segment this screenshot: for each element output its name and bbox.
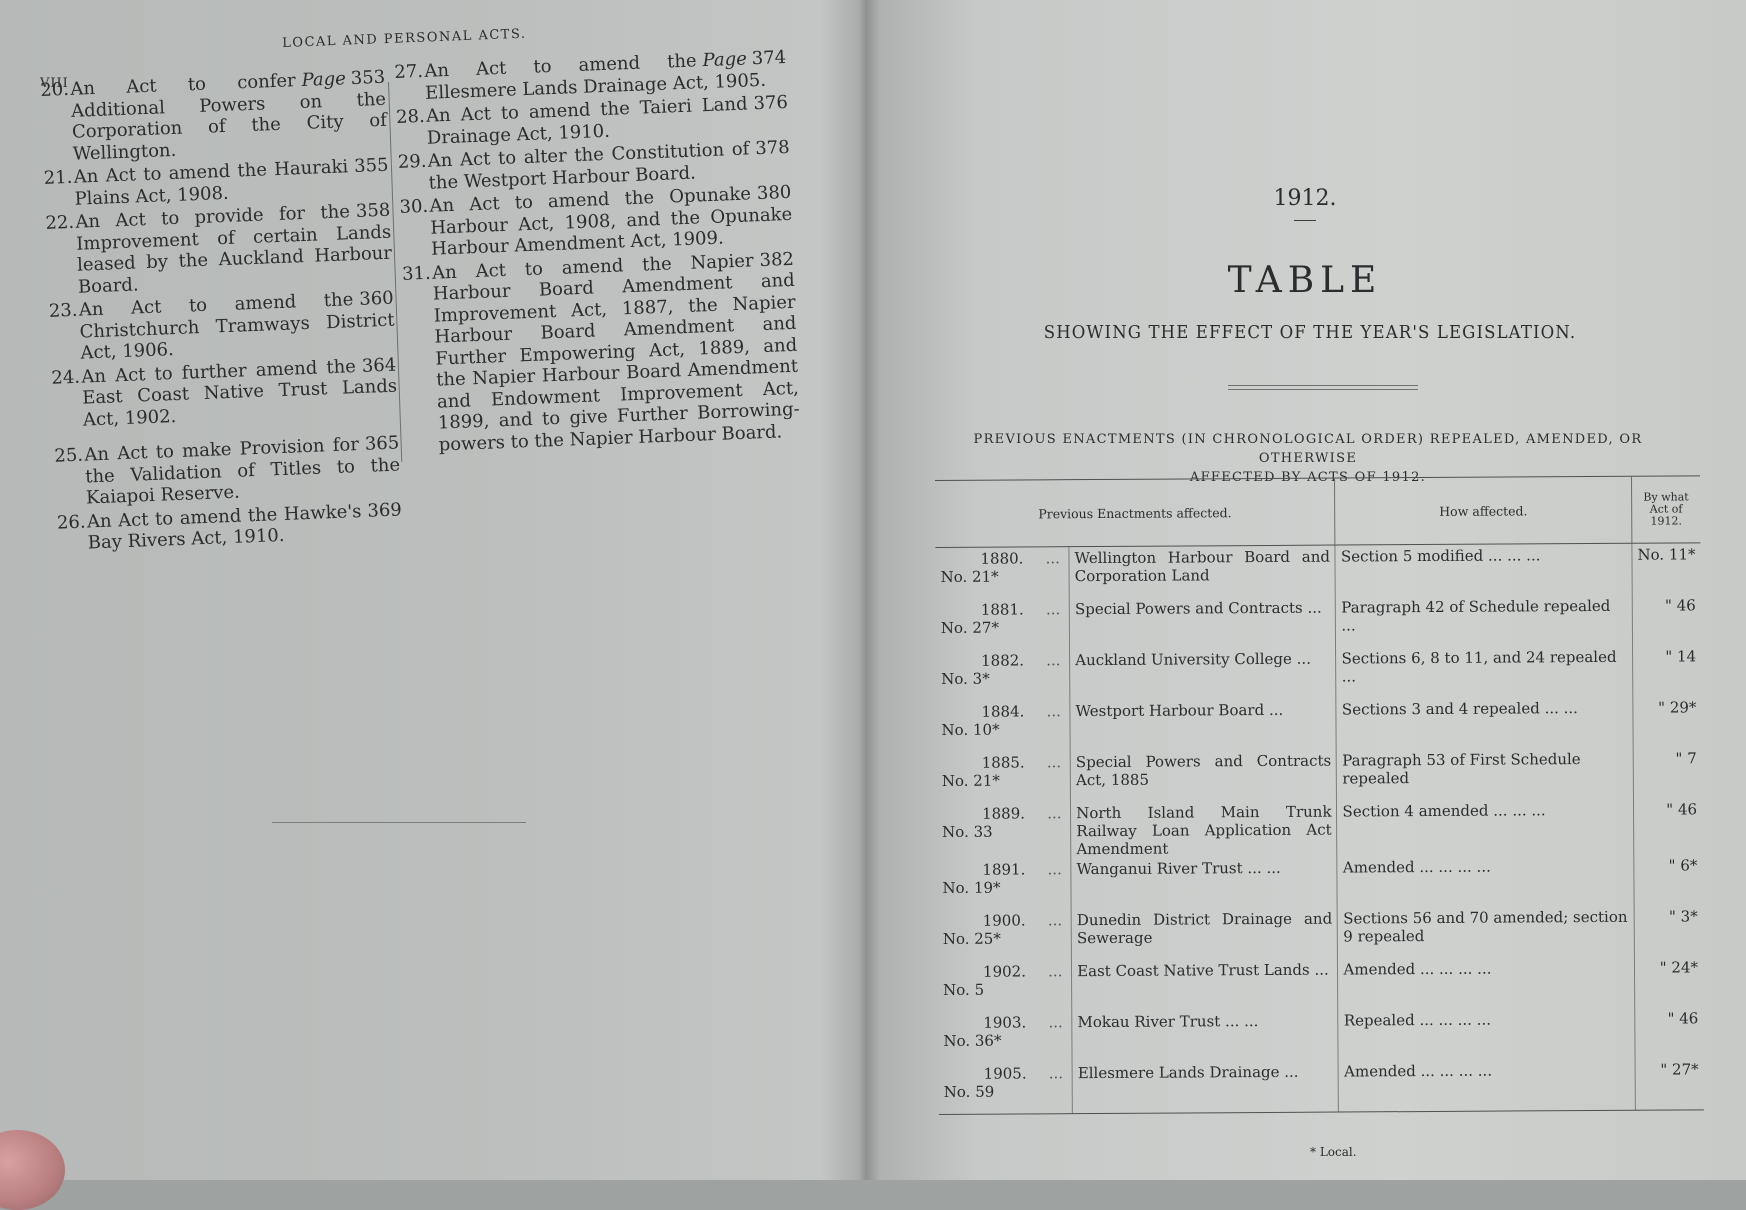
enactment-no: No. 21* <box>942 772 1000 790</box>
how-affected: Amended ... ... ... ... <box>1339 1059 1636 1112</box>
contents-column-2: 27.Page374An Act to amend the Ellesmere … <box>394 47 801 459</box>
enactment-no: No. 33 <box>942 823 993 841</box>
footnote: * Local. <box>1310 1145 1357 1159</box>
enactment-year: 1903. <box>943 1013 1038 1032</box>
contents-entry: 22.358An Act to provide for the Improvem… <box>45 200 393 299</box>
header-previous: Previous Enactments affected. <box>935 478 1335 547</box>
entry-number: 20. <box>40 79 69 102</box>
enactment-year: 1905. <box>944 1064 1039 1083</box>
entry-text: An Act to amend the Napier Harbour Board… <box>432 250 800 455</box>
enactment-no: No. 5 <box>943 981 984 999</box>
entry-page: 355 <box>354 155 389 178</box>
leader-dots: ... <box>1041 700 1070 751</box>
contents-entry: 31.382An Act to amend the Napier Harbour… <box>402 248 801 456</box>
enactment-title: Wellington Harbour Board and Corporation… <box>1069 545 1336 598</box>
enactment-number: 1885.No. 21* <box>937 751 1042 803</box>
contents-entry: 25.365An Act to make Provision for the V… <box>54 432 401 510</box>
page-number: 374 <box>751 47 786 69</box>
page-title: TABLE <box>1105 260 1505 301</box>
enactment-number: 1880.No. 21* <box>935 547 1040 599</box>
enactment-no: No. 21* <box>941 568 999 586</box>
table-row: 1905.No. 59...Ellesmere Lands Drainage .… <box>939 1058 1704 1114</box>
enactment-title: Dunedin District Drainage and Sewerage <box>1071 908 1338 961</box>
entry-number: 23. <box>48 300 77 323</box>
enactment-year: 1884. <box>941 702 1036 721</box>
section-end-rule <box>272 822 526 823</box>
entry-number: 21. <box>43 167 72 190</box>
enactment-year: 1881. <box>941 600 1036 619</box>
entry-number: 29. <box>397 151 426 174</box>
entry-text: An Act to amend the Christchurch Tramway… <box>78 289 394 363</box>
leader-dots: ... <box>1043 1011 1072 1062</box>
entry-page: 369 <box>367 499 402 522</box>
entry-number: 24. <box>51 366 80 389</box>
leader-dots: ... <box>1041 598 1070 649</box>
how-affected: Paragraph 53 of First Schedule repealed <box>1337 748 1634 801</box>
enactment-year: 1885. <box>942 753 1037 772</box>
leader-dots: ... <box>1041 547 1070 599</box>
how-affected: Section 5 modified ... ... ... <box>1335 543 1632 596</box>
enactment-no: No. 10* <box>941 721 999 739</box>
by-what-act: No. 11* <box>1632 543 1701 595</box>
table-row: 1885.No. 21*...Special Powers and Contra… <box>937 747 1702 803</box>
entry-page: 358 <box>356 200 391 223</box>
entry-text: An Act to provide for the Improvement of… <box>75 201 392 297</box>
by-what-act: " 14 <box>1632 645 1701 696</box>
enactment-number: 1881.No. 27* <box>936 598 1041 650</box>
entry-number: 22. <box>45 212 74 235</box>
page-number: 353 <box>350 67 385 89</box>
table-row: 1902.No. 5...East Coast Native Trust Lan… <box>938 956 1703 1012</box>
enactment-year: 1902. <box>943 962 1038 981</box>
book-spread: LOCAL AND PERSONAL ACTS. VIII 20.Page353… <box>0 0 1746 1180</box>
by-what-act: " 7 <box>1633 747 1702 798</box>
entry-page: 380 <box>757 182 792 205</box>
contents-entry: 23.360An Act to amend the Christchurch T… <box>48 288 395 366</box>
enactment-title: North Island Main Trunk Railway Loan App… <box>1071 801 1338 859</box>
page-subtitle: SHOWING THE EFFECT OF THE YEAR'S LEGISLA… <box>1034 322 1586 343</box>
enactment-number: 1905.No. 59 <box>939 1062 1044 1114</box>
enactment-no: No. 59 <box>944 1083 995 1101</box>
left-page: LOCAL AND PERSONAL ACTS. VIII 20.Page353… <box>0 0 855 1180</box>
entry-number: 25. <box>54 445 83 468</box>
thumb <box>0 1130 65 1180</box>
entry-number: 28. <box>396 106 425 129</box>
how-affected: Amended ... ... ... ... <box>1337 855 1634 908</box>
table-row: 1882.No. 3*...Auckland University Colleg… <box>936 645 1701 701</box>
leader-dots: ... <box>1043 960 1072 1011</box>
entry-text: An Act to make Provision for the Validat… <box>84 434 400 508</box>
enactment-number: 1900.No. 25* <box>938 909 1043 961</box>
leader-dots: ... <box>1044 1062 1073 1114</box>
entry-number: 26. <box>57 511 86 534</box>
how-affected: Paragraph 42 of Schedule repealed ... <box>1336 595 1633 648</box>
enactment-year: 1891. <box>942 860 1037 879</box>
enactment-title: Special Powers and Contracts Act, 1885 <box>1070 750 1337 803</box>
enactment-title: Westport Harbour Board ... <box>1070 699 1337 752</box>
table-row: 1903.No. 36*...Mokau River Trust ... ...… <box>938 1007 1703 1063</box>
contents-column-1: 20.Page353An Act to confer Additional Po… <box>40 67 403 557</box>
header-how: How affected. <box>1335 476 1632 545</box>
enactment-number: 1902.No. 5 <box>938 960 1043 1012</box>
contents-entry: 24.364An Act to further amend the East C… <box>51 354 398 432</box>
by-what-act: " 24* <box>1634 956 1703 1007</box>
entry-text: An Act to further amend the East Coast N… <box>81 356 397 430</box>
year-rule <box>1294 220 1316 221</box>
entry-number: 31. <box>402 262 431 285</box>
how-affected: Sections 6, 8 to 11, and 24 repealed ... <box>1336 646 1633 699</box>
entry-number: 30. <box>399 196 428 219</box>
entry-text: An Act to amend the Opunake Harbour Act,… <box>429 183 792 259</box>
table-row: 1884.No. 10*...Westport Harbour Board ..… <box>936 696 1701 752</box>
enactment-no: No. 19* <box>942 879 1000 897</box>
by-what-act: " 27* <box>1635 1058 1704 1110</box>
table-row: 1881.No. 27*...Special Powers and Contra… <box>936 594 1701 650</box>
caption-line: PREVIOUS ENACTMENTS (IN CHRONOLOGICAL OR… <box>928 430 1688 468</box>
enactment-no: No. 3* <box>941 670 990 688</box>
how-affected: Section 4 amended ... ... ... <box>1337 799 1634 857</box>
contents-entry: 30.380An Act to amend the Opunake Harbou… <box>399 182 793 262</box>
enactment-year: 1900. <box>943 911 1038 930</box>
header-act: By what Act of 1912. <box>1631 476 1700 543</box>
entry-page: 376 <box>753 92 788 115</box>
leader-dots: ... <box>1043 909 1072 960</box>
enactment-title: Ellesmere Lands Drainage ... <box>1072 1061 1339 1114</box>
enactment-title: Mokau River Trust ... ... <box>1072 1010 1339 1063</box>
by-what-act: " 29* <box>1633 696 1702 747</box>
enactment-no: No. 27* <box>941 619 999 637</box>
leader-dots: ... <box>1041 649 1070 700</box>
enactment-number: 1889.No. 33 <box>937 802 1042 859</box>
enactment-year: 1882. <box>941 651 1036 670</box>
leader-dots: ... <box>1042 802 1071 858</box>
contents-entry: 20.Page353An Act to confer Additional Po… <box>40 67 388 166</box>
how-affected: Repealed ... ... ... ... <box>1338 1008 1635 1061</box>
leader-dots: ... <box>1042 751 1071 802</box>
table-row: 1880.No. 21*...Wellington Harbour Board … <box>935 543 1700 599</box>
enactment-number: 1882.No. 3* <box>936 649 1041 701</box>
entry-number: 27. <box>394 61 423 84</box>
enactment-no: No. 25* <box>943 930 1001 948</box>
enactment-no: No. 36* <box>943 1032 1001 1050</box>
by-what-act: " 46 <box>1635 1007 1704 1058</box>
by-what-act: " 3* <box>1634 905 1703 956</box>
enactment-year: 1889. <box>942 804 1037 823</box>
enactment-number: 1903.No. 36* <box>938 1011 1043 1063</box>
table-row: 1900.No. 25*...Dunedin District Drainage… <box>938 905 1703 961</box>
enactment-number: 1891.No. 19* <box>937 858 1042 910</box>
enactment-title: Auckland University College ... <box>1070 648 1337 701</box>
entry-page: 378 <box>755 137 790 160</box>
by-what-act: " 46 <box>1633 798 1702 854</box>
enactment-year: 1880. <box>940 549 1035 568</box>
table-row: 1889.No. 33...North Island Main Trunk Ra… <box>937 798 1702 859</box>
entry-page: 360 <box>359 288 394 311</box>
entry-page: 365 <box>364 432 399 455</box>
effect-table: Previous Enactments affected. How affect… <box>935 475 1704 1115</box>
how-affected: Sections 3 and 4 repealed ... ... <box>1336 697 1633 750</box>
running-head: LOCAL AND PERSONAL ACTS. <box>282 27 527 51</box>
entry-text: An Act to amend the Hawke's Bay Rivers A… <box>87 500 362 553</box>
enactment-title: East Coast Native Trust Lands ... <box>1072 959 1339 1012</box>
double-rule <box>1228 385 1418 390</box>
enactment-title: Wanganui River Trust ... ... <box>1071 857 1338 910</box>
year-heading: 1912. <box>1255 186 1355 211</box>
leader-dots: ... <box>1042 858 1071 909</box>
enactment-number: 1884.No. 10* <box>936 700 1041 752</box>
page-label: Page <box>702 48 747 71</box>
by-what-act: " 46 <box>1632 594 1701 645</box>
entry-page: 382 <box>759 248 794 271</box>
table-header-row: Previous Enactments affected. How affect… <box>935 476 1700 548</box>
table-row: 1891.No. 19*...Wanganui River Trust ... … <box>937 854 1702 910</box>
enactment-title: Special Powers and Contracts ... <box>1069 597 1336 650</box>
entry-page: 364 <box>361 354 396 377</box>
how-affected: Sections 56 and 70 amended; section 9 re… <box>1338 906 1635 959</box>
page-label: Page <box>301 68 346 91</box>
entry-text: An Act to amend the Hauraki Plains Act, … <box>73 156 348 209</box>
how-affected: Amended ... ... ... ... <box>1338 957 1635 1010</box>
by-what-act: " 6* <box>1634 854 1703 905</box>
entry-page: Page374 <box>702 47 786 72</box>
